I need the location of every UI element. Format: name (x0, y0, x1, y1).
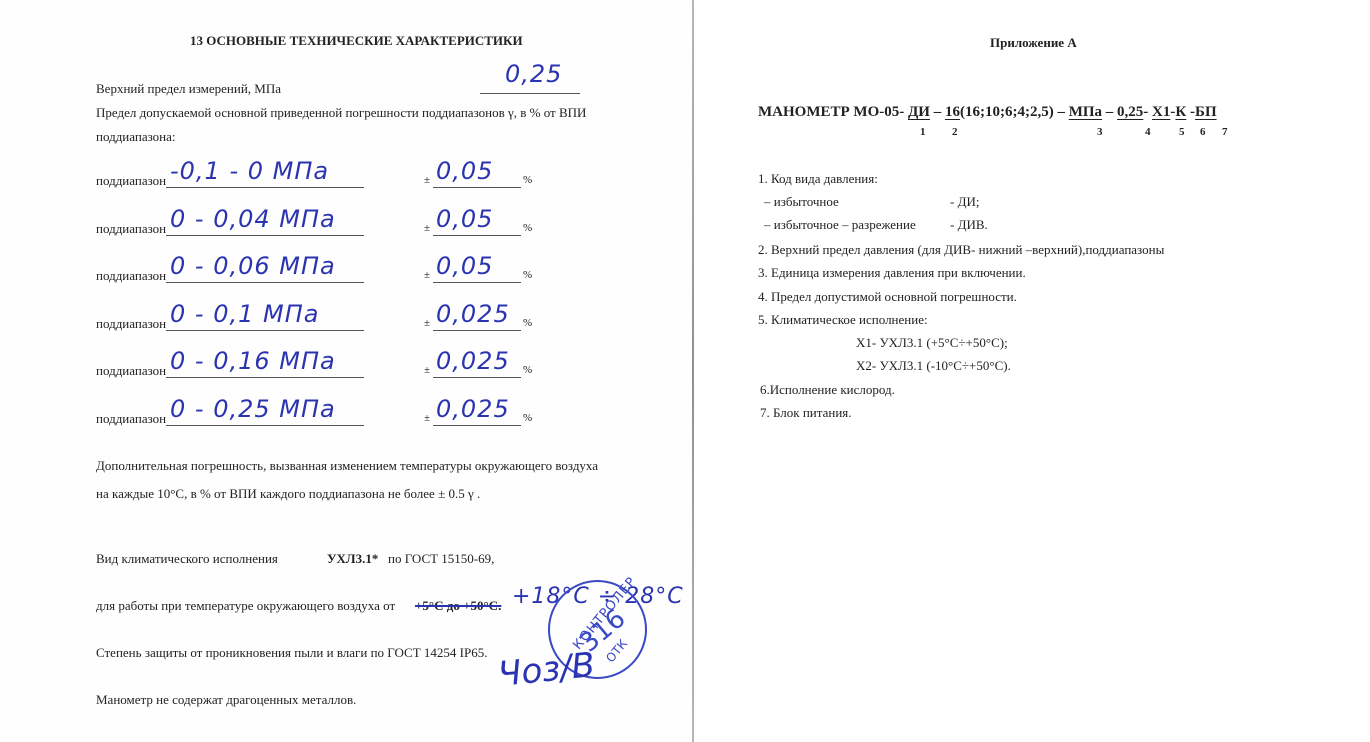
subrange-error: 0,025 (436, 395, 510, 423)
temp-label: для работы при температуре окружающего в… (96, 598, 395, 614)
legend-5: 5. Климатическое исполнение: (758, 312, 928, 328)
percent-sign: % (523, 269, 532, 281)
subrange-range: 0 - 0,16 МПа (170, 347, 336, 375)
percent-sign: % (523, 317, 532, 329)
plus-minus: ± (424, 222, 430, 234)
model-part-5: Х1 (1152, 104, 1170, 120)
subrange-range: 0 - 0,04 МПа (170, 205, 336, 233)
percent-sign: % (523, 364, 532, 376)
legend-3: 3. Единица измерения давления при включе… (758, 265, 1026, 281)
subrange-label: поддиапазон (96, 221, 166, 237)
model-index-4: 4 (1145, 126, 1151, 138)
model-part-4: 0,25 (1117, 104, 1143, 120)
legend-5-x2: Х2- УХЛ3.1 (-10°С÷+50°С). (856, 358, 1011, 374)
legend-1: 1. Код вида давления: (758, 171, 878, 187)
subrange-range-underline (166, 425, 364, 426)
subrange-error: 0,025 (436, 300, 510, 328)
subrange-error: 0,05 (436, 157, 493, 185)
plus-minus: ± (424, 364, 430, 376)
upper-limit-value: 0,25 (505, 60, 562, 88)
subrange-label: поддиапазон (96, 316, 166, 332)
subrange-label: поддиапазон (96, 268, 166, 284)
section-heading: 13 ОСНОВНЫЕ ТЕХНИЧЕСКИЕ ХАРАКТЕРИСТИКИ (190, 33, 523, 49)
right-page: Приложение А МАНОМЕТР МО-05- ДИ – 16(16;… (694, 0, 1370, 742)
subrange-range-underline (166, 235, 364, 236)
subrange-label: поддиапазон (96, 363, 166, 379)
model-index-3: 3 (1097, 126, 1103, 138)
subrange-label: поддиапазон (96, 173, 166, 189)
legend-5-x1: Х1- УХЛ3.1 (+5°С÷+50°С); (856, 335, 1008, 351)
legend-4: 4. Предел допустимой основной погрешност… (758, 289, 1017, 305)
climate-label: Вид климатического исполнения (96, 551, 278, 567)
subrange-range-underline (166, 282, 364, 283)
subrange-range-underline (166, 187, 364, 188)
legend-6: 6.Исполнение кислород. (760, 382, 895, 398)
plus-minus: ± (424, 317, 430, 329)
subrange-range-underline (166, 377, 364, 378)
model-subranges: (16;10;6;4;2,5) (960, 104, 1054, 120)
extra-error-line1: Дополнительная погрешность, вызванная из… (96, 458, 598, 474)
left-page: 13 ОСНОВНЫЕ ТЕХНИЧЕСКИЕ ХАРАКТЕРИСТИКИ В… (0, 0, 694, 742)
temp-printed-struck: +5°С до +50°С. (415, 598, 501, 614)
extra-error-line2: на каждые 10°С, в % от ВПИ каждого подди… (96, 486, 480, 502)
subrange-error: 0,05 (436, 252, 493, 280)
percent-sign: % (523, 222, 532, 234)
plus-minus: ± (424, 174, 430, 186)
model-index-2: 2 (952, 126, 958, 138)
upper-limit-label: Верхний предел измерений, МПа (96, 81, 281, 97)
climate-value: УХЛ3.1* (327, 551, 378, 567)
subrange-error-underline (433, 282, 521, 283)
subrange-error-underline (433, 187, 521, 188)
subrange-error-underline (433, 377, 521, 378)
subrange-range: 0 - 0,06 МПа (170, 252, 336, 280)
percent-sign: % (523, 174, 532, 186)
legend-7: 7. Блок питания. (760, 405, 852, 421)
model-part-7: БП (1195, 104, 1217, 120)
subrange-range: -0,1 - 0 МПа (170, 157, 329, 185)
error-intro-line1: Предел допускаемой основной приведенной … (96, 105, 586, 121)
subrange-error: 0,025 (436, 347, 510, 375)
upper-limit-underline (480, 93, 580, 94)
plus-minus: ± (424, 269, 430, 281)
model-prefix: МАНОМЕТР МО-05- (758, 104, 904, 120)
model-part-1: ДИ (908, 104, 930, 120)
legend-1b: – избыточное – разрежение (764, 217, 916, 233)
appendix-title: Приложение А (990, 35, 1077, 51)
error-intro-line2: поддиапазона: (96, 129, 176, 145)
signature: Чоз/В (496, 645, 597, 695)
subrange-range-underline (166, 330, 364, 331)
plus-minus: ± (424, 412, 430, 424)
legend-1a: – избыточное (764, 194, 839, 210)
subrange-range: 0 - 0,1 МПа (170, 300, 319, 328)
model-index-5: 5 (1179, 126, 1185, 138)
protection-text: Степень защиты от проникновения пыли и в… (96, 645, 487, 661)
percent-sign: % (523, 412, 532, 424)
subrange-range: 0 - 0,25 МПа (170, 395, 336, 423)
model-part-6: К (1175, 104, 1186, 120)
model-index-6: 6 (1200, 126, 1206, 138)
legend-1a-code: - ДИ; (950, 194, 979, 210)
legend-2: 2. Верхний предел давления (для ДИВ- ниж… (758, 242, 1164, 258)
model-index-7: 7 (1222, 126, 1228, 138)
model-part-2: 16 (945, 104, 960, 120)
subrange-error-underline (433, 425, 521, 426)
subrange-error-underline (433, 235, 521, 236)
climate-gost: по ГОСТ 15150-69, (388, 551, 494, 567)
subrange-error: 0,05 (436, 205, 493, 233)
subrange-error-underline (433, 330, 521, 331)
legend-1b-code: - ДИВ. (950, 217, 988, 233)
model-part-3: МПа (1069, 104, 1102, 120)
model-index-1: 1 (920, 126, 926, 138)
metals-text: Манометр не содержат драгоценных металло… (96, 692, 356, 708)
model-designation: МАНОМЕТР МО-05- ДИ – 16(16;10;6;4;2,5) –… (758, 104, 1217, 121)
subrange-label: поддиапазон (96, 411, 166, 427)
